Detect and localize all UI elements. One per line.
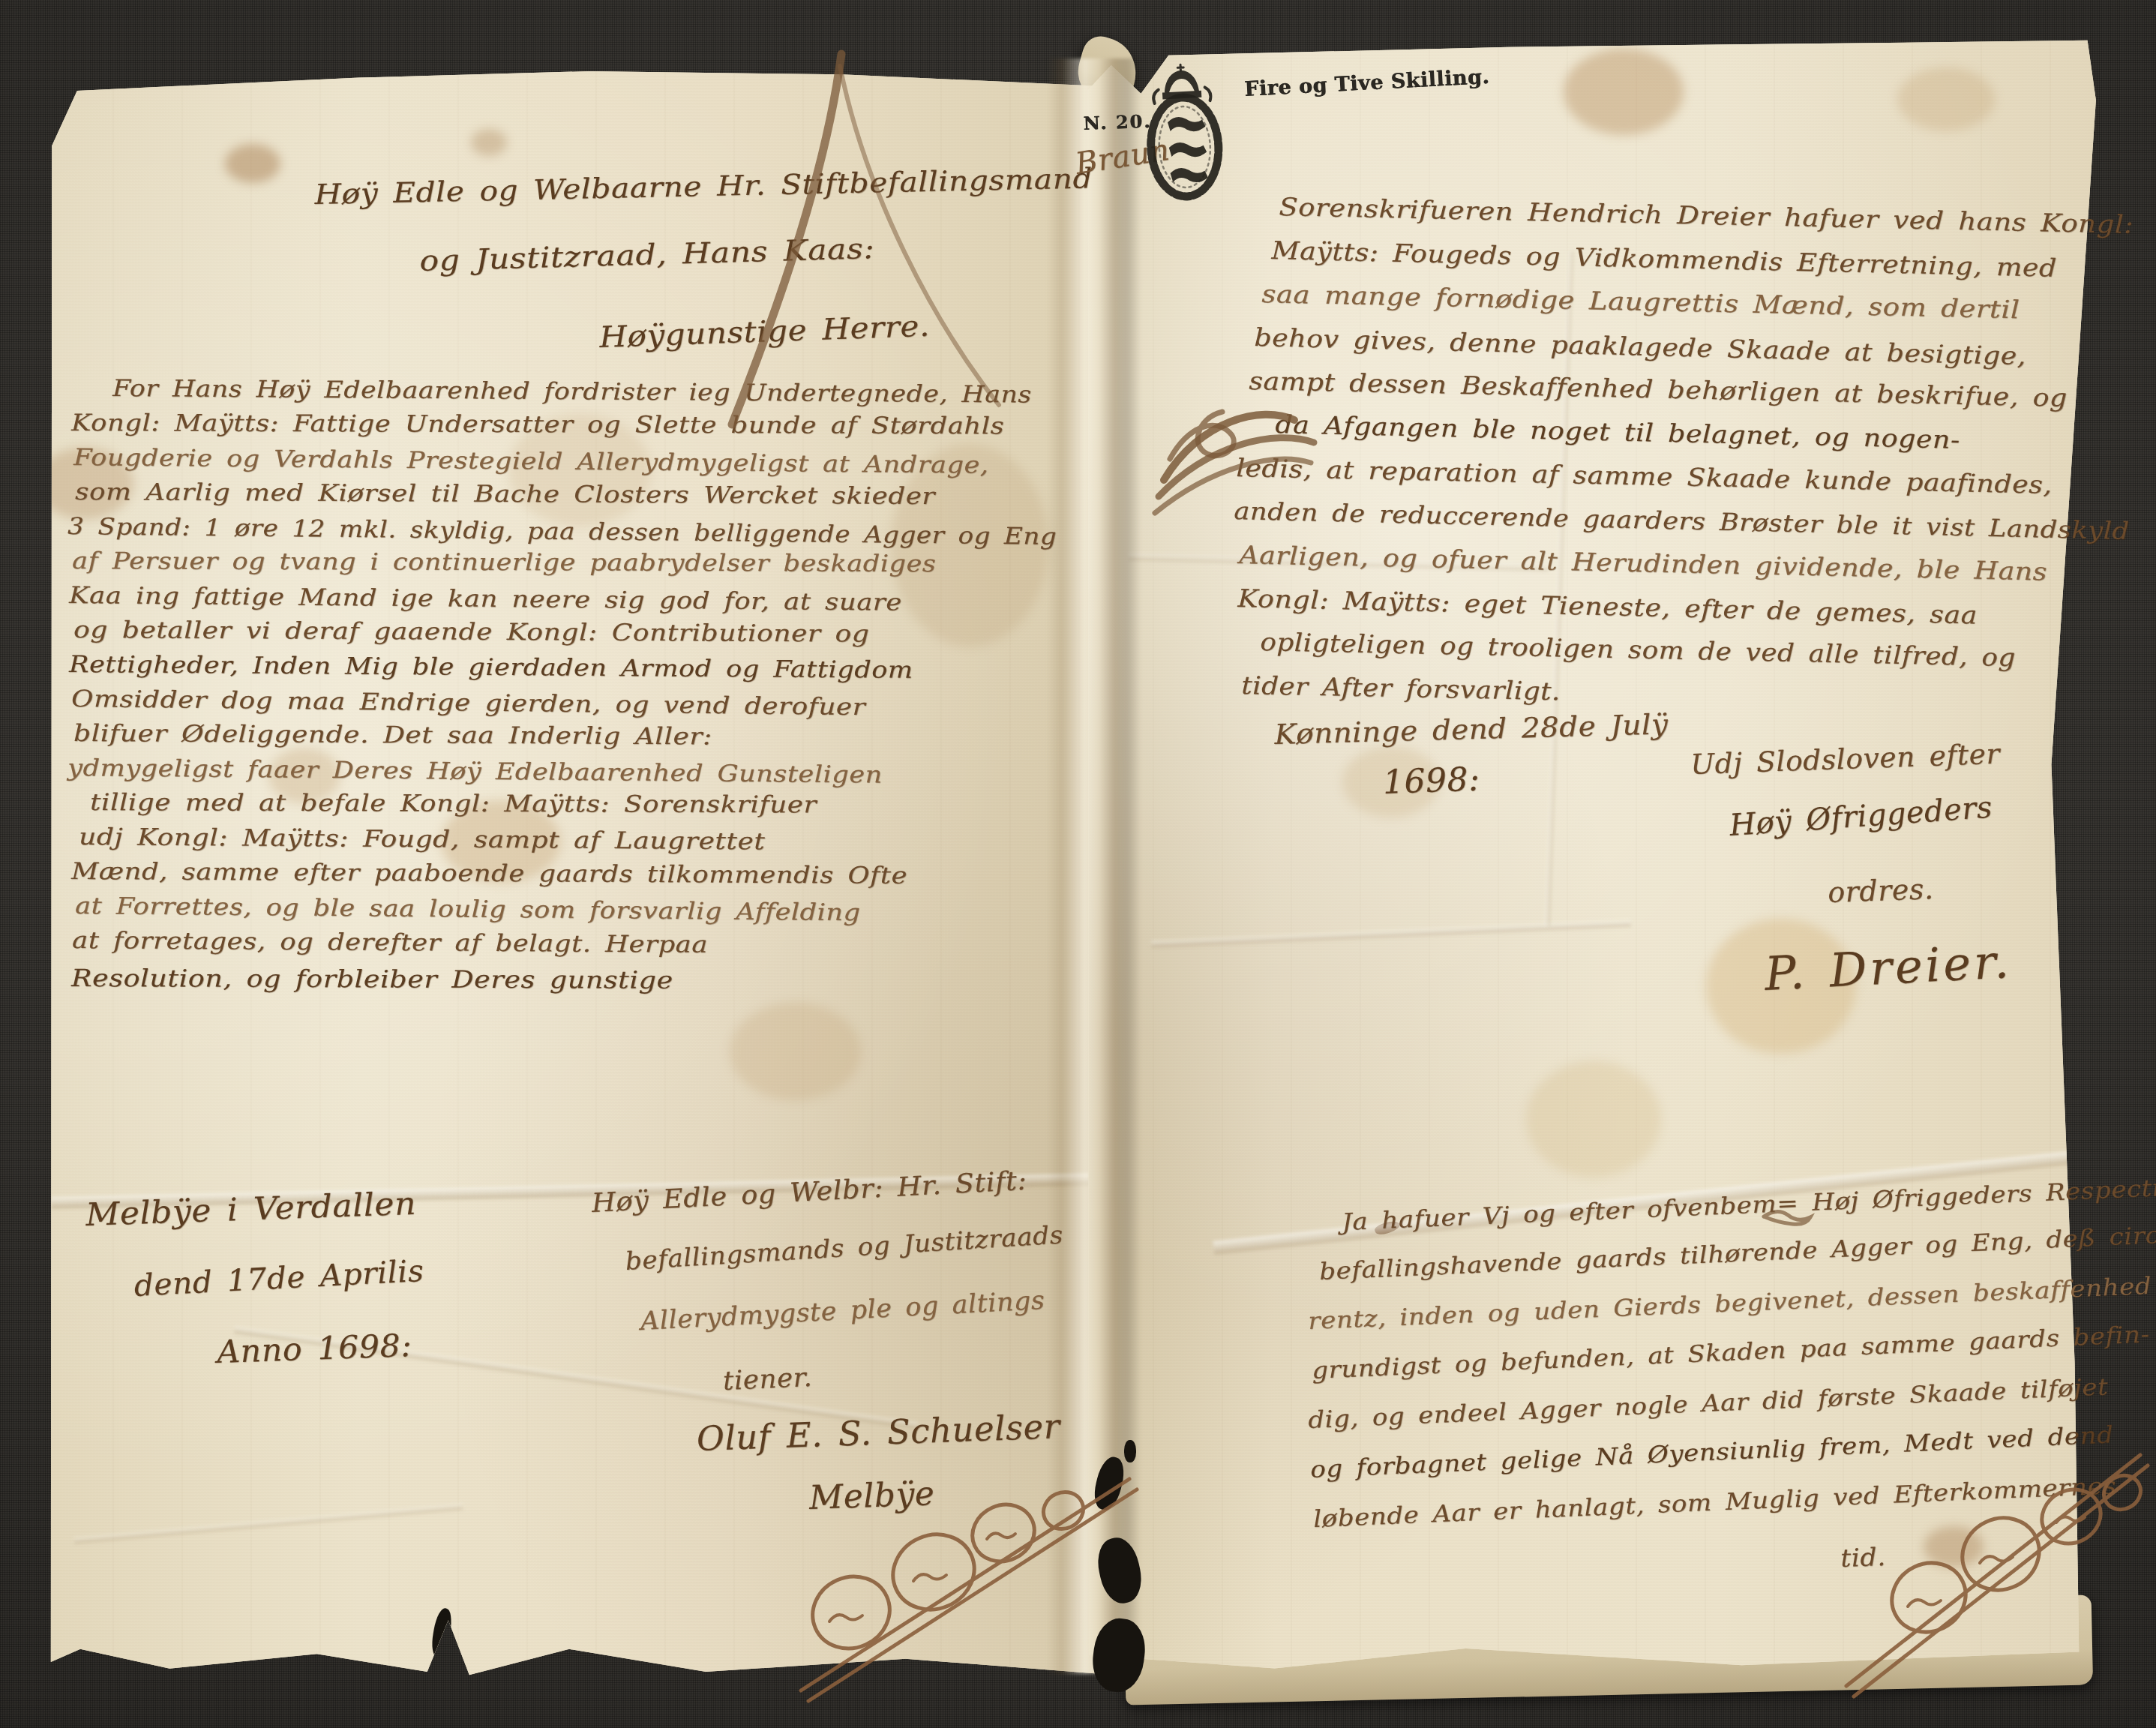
ink-flourishes (0, 0, 2156, 1728)
margin-scribble (1155, 459, 1311, 513)
pen-mark (1764, 1211, 1810, 1224)
pen-stroke (732, 54, 841, 424)
archive-photo: Høÿ Edle og Welbaarne Hr. Stiftbefalling… (0, 0, 2156, 1728)
pen-stroke (840, 66, 999, 405)
left-paraph-flourish (801, 1479, 1137, 1701)
right-paraph-flourish (1846, 1455, 2148, 1696)
